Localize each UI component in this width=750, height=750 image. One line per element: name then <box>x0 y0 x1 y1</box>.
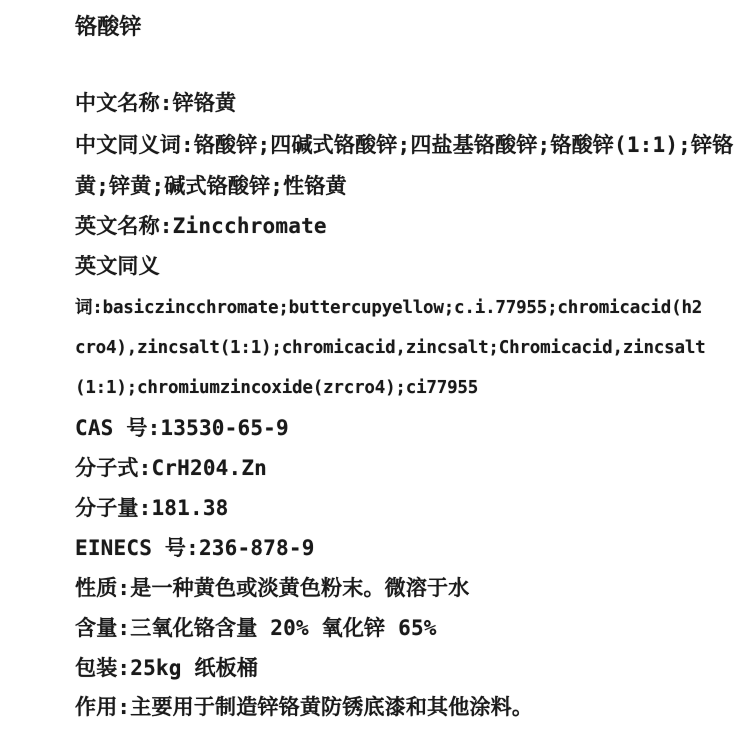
field-content: 含量:三氧化铬含量 20% 氧化锌 65% <box>75 617 437 640</box>
field-usage: 作用:主要用于制造锌铬黄防锈底漆和其他涂料。 <box>75 696 533 719</box>
field-chinese-synonyms-line-1: 中文同义词:铬酸锌;四碱式铬酸锌;四盐基铬酸锌;铬酸锌(1:1);锌铬 <box>75 134 733 157</box>
field-einecs-number: EINECS 号:236-878-9 <box>75 537 315 560</box>
field-molecular-formula: 分子式:CrH204.Zn <box>75 457 267 480</box>
field-molecular-weight: 分子量:181.38 <box>75 497 229 520</box>
field-english-synonyms-label: 英文同义 <box>75 255 160 278</box>
field-packaging: 包装:25kg 纸板桶 <box>75 657 258 680</box>
field-properties: 性质:是一种黄色或淡黄色粉末。微溶于水 <box>75 577 469 600</box>
field-cas-number: CAS 号:13530-65-9 <box>75 417 289 440</box>
document-page: 铬酸锌 中文名称:锌铬黄 中文同义词:铬酸锌;四碱式铬酸锌;四盐基铬酸锌;铬酸锌… <box>0 0 750 750</box>
field-chinese-name: 中文名称:锌铬黄 <box>75 92 236 115</box>
field-english-synonyms-line-3: (1:1);chromiumzincoxide(zrcro4);ci77955 <box>75 379 478 398</box>
field-english-synonyms-line-2: cro4),zincsalt(1:1);chromicacid,zincsalt… <box>75 339 706 358</box>
field-english-synonyms-line-1: 词:basiczincchromate;buttercupyellow;c.i.… <box>75 299 702 318</box>
page-title: 铬酸锌 <box>75 16 142 40</box>
field-english-name: 英文名称:Zincchromate <box>75 215 327 238</box>
field-chinese-synonyms-line-2: 黄;锌黄;碱式铬酸锌;性铬黄 <box>75 175 347 198</box>
